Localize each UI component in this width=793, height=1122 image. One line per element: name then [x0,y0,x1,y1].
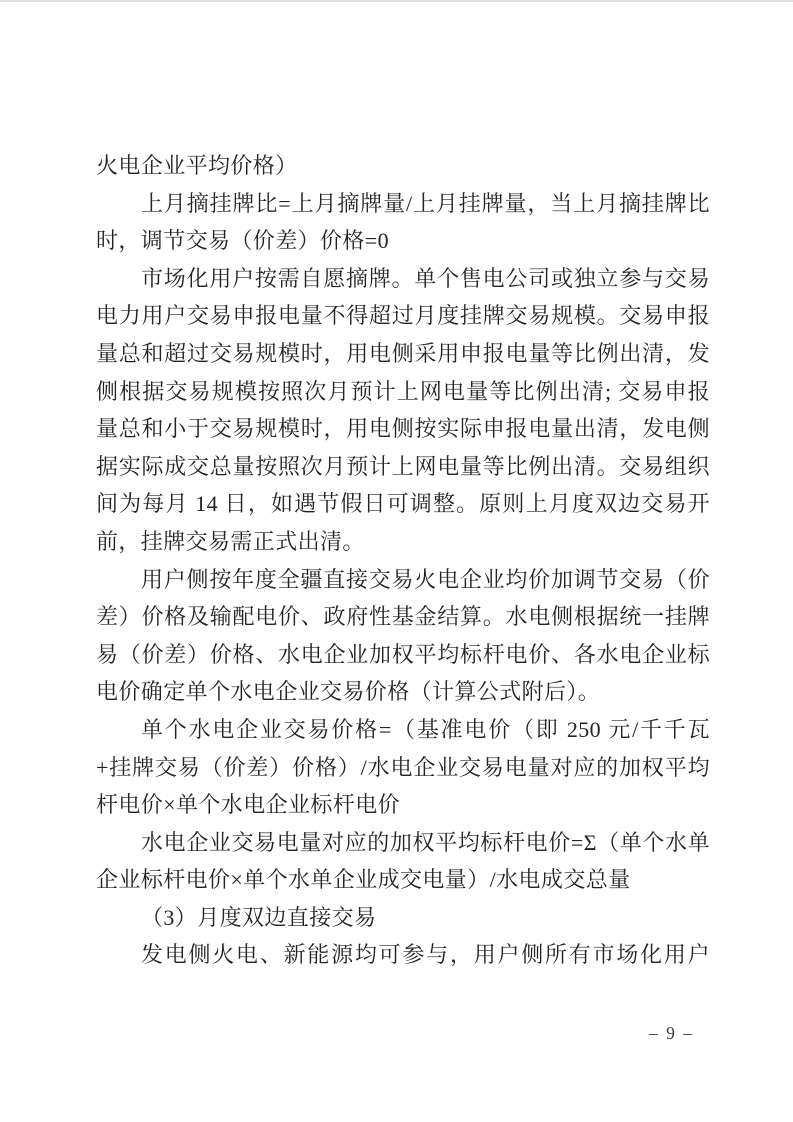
text-line: 水电企业交易电量对应的加权平均标杆电价=Σ（单个水单 [96,824,710,862]
text-line: 量总和超过交易规模时，用电侧采用申报电量等比例出清，发电 [96,335,710,373]
text-line: 电力用户交易申报电量不得超过月度挂牌交易规模。交易申报电 [96,297,710,335]
text-line: 上月摘挂牌比=上月摘牌量/上月挂牌量，当上月摘挂牌比<1 [96,185,710,223]
text-line: 侧根据交易规模按照次月预计上网电量等比例出清; 交易申报电 [96,373,710,411]
text-line: 电价确定单个水电企业交易价格（计算公式附后）。 [96,673,710,711]
page-number: – 9 – [649,1023,694,1044]
text-line: 杆电价×单个水电企业标杆电价 [96,786,710,824]
text-line: 企业标杆电价×单个水单企业成交电量）/水电成交总量 [96,861,710,899]
text-line: 发电侧火电、新能源均可参与，用户侧所有市场化用户（含 [96,936,710,974]
text-line: 易（价差）价格、水电企业加权平均标杆电价、各水电企业标杆 [96,636,710,674]
text-line: 前，挂牌交易需正式出清。 [96,523,710,561]
text-line: 用户侧按年度全疆直接交易火电企业均价加调节交易（价 [96,561,710,599]
text-line: +挂牌交易（价差）价格）/水电企业交易电量对应的加权平均标 [96,749,710,787]
text-line: 据实际成交总量按照次月预计上网电量等比例出清。交易组织时 [96,448,710,486]
text-line: 差）价格及输配电价、政府性基金结算。水电侧根据统一挂牌交 [96,598,710,636]
text-line: 火电企业平均价格） [96,147,710,185]
text-line: 市场化用户按需自愿摘牌。单个售电公司或独立参与交易的 [96,260,710,298]
text-line: （3）月度双边直接交易 [96,899,710,937]
document-body: 火电企业平均价格）上月摘挂牌比=上月摘牌量/上月挂牌量，当上月摘挂牌比<1时，调… [96,147,710,974]
document-page: 火电企业平均价格）上月摘挂牌比=上月摘牌量/上月挂牌量，当上月摘挂牌比<1时，调… [0,0,793,1122]
text-line: 量总和小于交易规模时，用电侧按实际申报电量出清，发电侧根 [96,410,710,448]
scan-edge-line [0,0,793,2]
text-line: 单个水电企业交易价格=（基准电价（即 250 元/千千瓦时） [96,711,710,749]
text-line: 时，调节交易（价差）价格=0 [96,222,710,260]
text-line: 间为每月 14 日，如遇节假日可调整。原则上月度双边交易开始 [96,485,710,523]
